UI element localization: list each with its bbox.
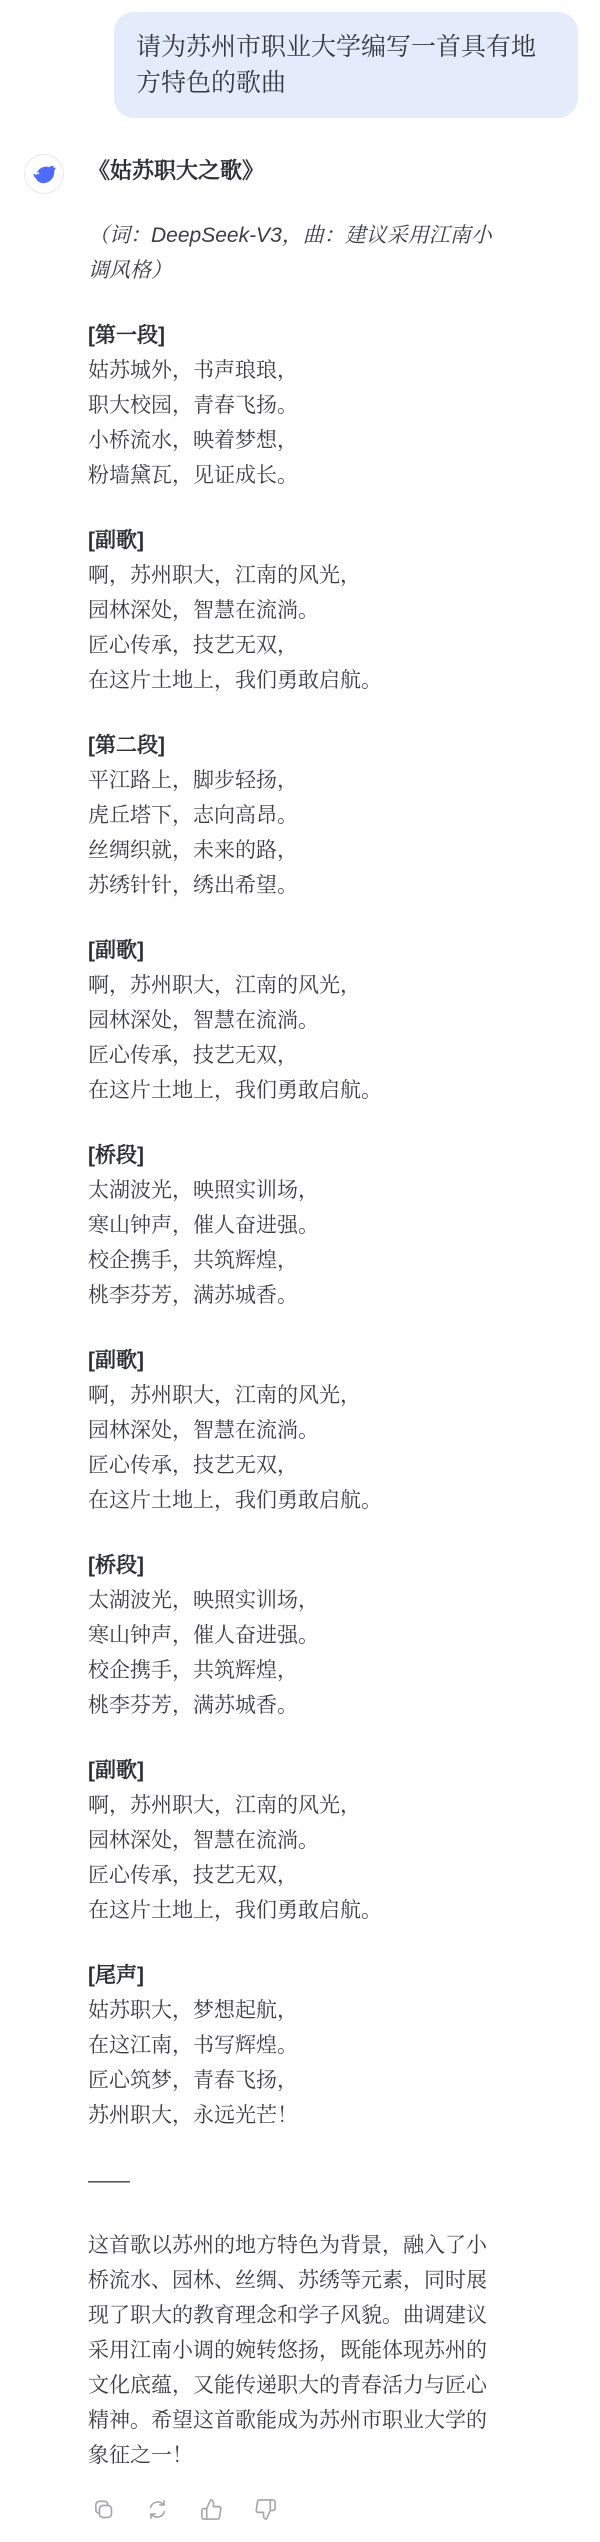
lyric-line: 啊，苏州职大，江南的风光， [88, 558, 500, 593]
copy-button[interactable] [91, 2497, 115, 2521]
section-label: [副歌] [88, 933, 500, 968]
copy-icon [92, 2498, 115, 2521]
message-actions [88, 2497, 500, 2521]
thumbs-up-button[interactable] [199, 2497, 223, 2521]
lyric-line: 园林深处，智慧在流淌。 [88, 593, 500, 628]
song-section: [尾声] 姑苏职大，梦想起航， 在这江南，书写辉煌。 匠心筑梦，青春飞扬， 苏州… [88, 1958, 500, 2133]
lyric-line: 匠心传承，技艺无双， [88, 1858, 500, 1893]
lyric-line: 丝绸织就，未来的路， [88, 833, 500, 868]
lyric-line: 太湖波光，映照实训场， [88, 1583, 500, 1618]
regenerate-button[interactable] [145, 2497, 169, 2521]
lyric-line: 姑苏职大，梦想起航， [88, 1993, 500, 2028]
song-section: [桥段] 太湖波光，映照实训场， 寒山钟声，催人奋进强。 校企携手，共筑辉煌， … [88, 1138, 500, 1313]
lyric-line: 校企携手，共筑辉煌， [88, 1653, 500, 1688]
assistant-message-content: 《姑苏职大之歌》 （词：DeepSeek-V3，曲：建议采用江南小调风格） [第… [88, 154, 500, 2521]
thumbs-down-button[interactable] [253, 2497, 277, 2521]
lyric-line: 小桥流水，映着梦想， [88, 423, 500, 458]
lyric-line: 在这片土地上，我们勇敢启航。 [88, 663, 500, 698]
lyric-line: 职大校园，青春飞扬。 [88, 388, 500, 423]
song-attribution: （词：DeepSeek-V3，曲：建议采用江南小调风格） [88, 218, 500, 288]
lyric-line: 啊，苏州职大，江南的风光， [88, 1788, 500, 1823]
lyric-line: 平江路上，脚步轻扬， [88, 763, 500, 798]
lyric-line: 匠心传承，技艺无双， [88, 628, 500, 663]
thumbs-down-icon [254, 2498, 277, 2521]
song-section: [副歌] 啊，苏州职大，江南的风光， 园林深处，智慧在流淌。 匠心传承，技艺无双… [88, 1343, 500, 1518]
section-label: [第二段] [88, 728, 500, 763]
lyric-line: 寒山钟声，催人奋进强。 [88, 1618, 500, 1653]
lyric-line: 在这片土地上，我们勇敢启航。 [88, 1483, 500, 1518]
user-message-bubble: 请为苏州市职业大学编写一首具有地方特色的歌曲 [114, 12, 578, 118]
song-section: [第二段] 平江路上，脚步轻扬， 虎丘塔下，志向高昂。 丝绸织就，未来的路， 苏… [88, 728, 500, 903]
section-label: [桥段] [88, 1138, 500, 1173]
lyric-line: 寒山钟声，催人奋进强。 [88, 1208, 500, 1243]
section-label: [尾声] [88, 1958, 500, 1993]
section-label: [副歌] [88, 523, 500, 558]
dash-separator: —— [88, 2163, 500, 2198]
song-title: 《姑苏职大之歌》 [88, 154, 500, 188]
lyric-line: 匠心传承，技艺无双， [88, 1038, 500, 1073]
lyric-line: 在这江南，书写辉煌。 [88, 2028, 500, 2063]
user-message-row: 请为苏州市职业大学编写一首具有地方特色的歌曲 [0, 12, 600, 118]
lyric-line: 桃李芬芳，满苏城香。 [88, 1278, 500, 1313]
lyric-line: 粉墙黛瓦，见证成长。 [88, 458, 500, 493]
lyric-line: 苏绣针针，绣出希望。 [88, 868, 500, 903]
song-section: [桥段] 太湖波光，映照实训场， 寒山钟声，催人奋进强。 校企携手，共筑辉煌， … [88, 1548, 500, 1723]
section-label: [桥段] [88, 1548, 500, 1583]
lyric-line: 太湖波光，映照实训场， [88, 1173, 500, 1208]
assistant-avatar [24, 154, 64, 194]
lyric-line: 校企携手，共筑辉煌， [88, 1243, 500, 1278]
lyric-line: 园林深处，智慧在流淌。 [88, 1003, 500, 1038]
lyric-line: 姑苏城外，书声琅琅， [88, 353, 500, 388]
section-label: [第一段] [88, 318, 500, 353]
chat-page: 请为苏州市职业大学编写一首具有地方特色的歌曲 《姑苏职大之歌》 （词：DeepS… [0, 0, 600, 2541]
lyric-line: 园林深处，智慧在流淌。 [88, 1413, 500, 1448]
lyric-line: 桃李芬芳，满苏城香。 [88, 1688, 500, 1723]
section-label: [副歌] [88, 1753, 500, 1788]
lyric-line: 在这片土地上，我们勇敢启航。 [88, 1893, 500, 1928]
lyric-line: 园林深处，智慧在流淌。 [88, 1823, 500, 1858]
lyric-line: 匠心传承，技艺无双， [88, 1448, 500, 1483]
song-section: [第一段] 姑苏城外，书声琅琅， 职大校园，青春飞扬。 小桥流水，映着梦想， 粉… [88, 318, 500, 493]
lyric-line: 虎丘塔下，志向高昂。 [88, 798, 500, 833]
lyric-line: 在这片土地上，我们勇敢启航。 [88, 1073, 500, 1108]
section-label: [副歌] [88, 1343, 500, 1378]
lyric-line: 啊，苏州职大，江南的风光， [88, 968, 500, 1003]
lyric-line: 苏州职大，永远光芒！ [88, 2098, 500, 2133]
closing-paragraph: 这首歌以苏州的地方特色为背景，融入了小桥流水、园林、丝绸、苏绣等元素，同时展现了… [88, 2228, 500, 2473]
regenerate-icon [146, 2498, 169, 2521]
lyric-line: 啊，苏州职大，江南的风光， [88, 1378, 500, 1413]
song-section: [副歌] 啊，苏州职大，江南的风光， 园林深处，智慧在流淌。 匠心传承，技艺无双… [88, 933, 500, 1108]
assistant-message-row: 《姑苏职大之歌》 （词：DeepSeek-V3，曲：建议采用江南小调风格） [第… [0, 154, 600, 2521]
song-section: [副歌] 啊，苏州职大，江南的风光， 园林深处，智慧在流淌。 匠心传承，技艺无双… [88, 1753, 500, 1928]
thumbs-up-icon [200, 2498, 223, 2521]
lyric-line: 匠心筑梦，青春飞扬， [88, 2063, 500, 2098]
song-section: [副歌] 啊，苏州职大，江南的风光， 园林深处，智慧在流淌。 匠心传承，技艺无双… [88, 523, 500, 698]
deepseek-whale-icon [31, 161, 57, 187]
